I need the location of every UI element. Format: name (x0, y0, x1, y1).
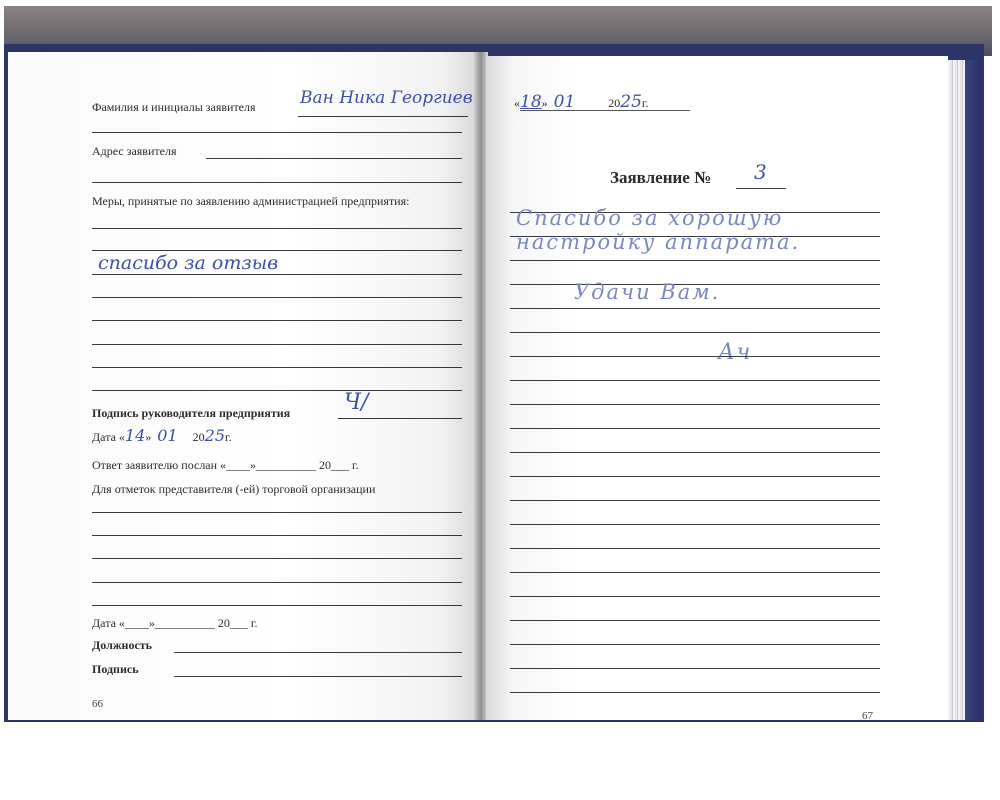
org-rep-label: Для отметок представителя (-ей) торговой… (92, 482, 375, 497)
org-rep-line-1 (92, 512, 462, 513)
text-line-15 (510, 548, 880, 549)
page-number-right: 67 (862, 710, 873, 722)
text-line-8 (510, 380, 880, 381)
manager-signature-label: Подпись руководителя предприятия (92, 406, 290, 421)
measures-line-2 (92, 250, 462, 251)
date-year-suffix: 25 (205, 426, 225, 445)
page-number-left: 66 (92, 698, 103, 710)
measures-line-3 (92, 274, 462, 275)
page-edges (945, 60, 981, 720)
handwritten-line-1: Спасибо за хорошую (516, 206, 783, 230)
text-line-12 (510, 476, 880, 477)
text-line-21 (510, 692, 880, 693)
statement-number: 3 (754, 160, 767, 184)
address-line (206, 158, 462, 159)
date-open-quote: Дата « (92, 430, 125, 444)
text-line-14 (510, 524, 880, 525)
date-day: 14 (125, 426, 145, 445)
date-year-prefix: 20 (608, 96, 620, 110)
text-line-19 (510, 644, 880, 645)
handwritten-line-2: настройку аппарата. (516, 230, 800, 254)
date-close-quote: » (542, 96, 548, 110)
left-page: Фамилия и инициалы заявителя Ван Ника Ге… (8, 52, 478, 720)
text-line-13 (510, 500, 880, 501)
measures-line-1 (92, 228, 462, 229)
date-year-suffix: 25 (620, 92, 642, 112)
text-line-6 (510, 332, 880, 333)
signature-line (174, 676, 462, 677)
date-month: 01 (157, 426, 177, 445)
text-line-9 (510, 404, 880, 405)
applicant-name-line (298, 116, 468, 117)
text-line-7 (510, 356, 880, 357)
date-suffix: г. (642, 96, 649, 110)
date-day: 18 (520, 92, 542, 112)
applicant-name-label: Фамилия и инициалы заявителя (92, 100, 256, 115)
measures-line-6 (92, 344, 462, 345)
measures-label: Меры, принятые по заявлению администраци… (92, 194, 409, 209)
statement-title: Заявление № (610, 168, 711, 188)
org-rep-line-4 (92, 582, 462, 583)
address-line-2 (92, 182, 462, 183)
measures-line-7 (92, 367, 462, 368)
text-line-11 (510, 452, 880, 453)
manager-signature-line (338, 418, 462, 419)
text-line-16 (510, 572, 880, 573)
address-label: Адрес заявителя (92, 144, 176, 159)
statement-number-line (736, 188, 786, 189)
applicant-name-line-2 (92, 132, 462, 133)
measures-value: спасибо за отзыв (98, 252, 278, 274)
handwritten-line-3: Удачи Вам. (574, 280, 720, 304)
text-line-18 (510, 620, 880, 621)
right-page: «18» 01 2025г. Заявление № 3 Спасибо за … (486, 56, 948, 720)
date-month: 01 (554, 92, 576, 112)
date-close-quote: » (145, 430, 151, 444)
measures-line-8 (92, 390, 462, 391)
measures-line-5 (92, 320, 462, 321)
org-rep-line-5 (92, 605, 462, 606)
text-line-5 (510, 308, 880, 309)
signature-label: Подпись (92, 662, 139, 677)
text-line-10 (510, 428, 880, 429)
handwritten-signature: Ач (718, 340, 752, 365)
text-line-3 (510, 260, 880, 261)
measures-line-4 (92, 297, 462, 298)
date-year-prefix: 20 (193, 430, 205, 444)
position-line (174, 652, 462, 653)
reply-sent-label: Ответ заявителю послан «____»__________ … (92, 458, 359, 473)
position-label: Должность (92, 638, 152, 653)
text-line-20 (510, 668, 880, 669)
date-suffix: г. (225, 430, 232, 444)
org-rep-line-2 (92, 535, 462, 536)
date-underline (520, 110, 690, 111)
bottom-date-label: Дата «____»__________ 20___ г. (92, 616, 258, 631)
applicant-name-value: Ван Ника Георгиевна (300, 88, 494, 108)
manager-signature-value: Ч/ (344, 390, 368, 415)
text-line-17 (510, 596, 880, 597)
statement-date: «18» 01 2025г. (514, 92, 649, 112)
decision-date: Дата «14» 01 2025г. (92, 426, 232, 445)
org-rep-line-3 (92, 558, 462, 559)
